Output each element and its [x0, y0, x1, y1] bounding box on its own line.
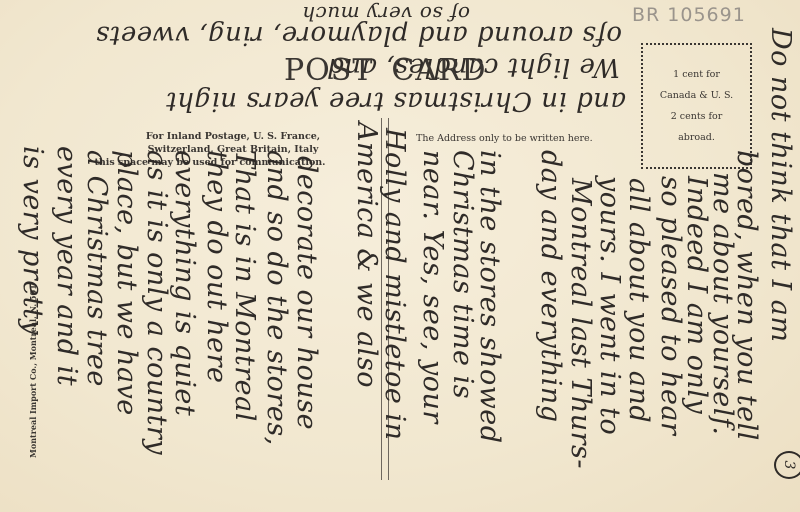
postcard-title: POSTCARD: [284, 53, 487, 88]
handwriting-vertical-line: That is in Montreal: [229, 150, 260, 422]
title-word-post: POST: [284, 53, 373, 88]
handwriting-vertical-line: and so do the stores,: [261, 150, 292, 446]
handwriting-vertical-line: place, but we have: [111, 150, 142, 416]
inland-line: For Inland Postage, U. S. France,: [100, 130, 366, 143]
title-word-card: CARD: [391, 53, 486, 88]
address-note: The Address only to be written here.: [416, 133, 593, 144]
page-number-badge: 3: [774, 451, 800, 479]
handwriting-vertical-line: they do out here: [201, 150, 232, 384]
handwriting-vertical-line: all about you and: [623, 178, 654, 423]
handwriting-vertical-line: is very pretty: [17, 146, 48, 335]
handwriting-vertical-line: Do not think that I am: [765, 28, 796, 343]
stamp-line: abroad.: [678, 127, 715, 148]
handwriting-vertical-line: yours. I went in to: [594, 176, 625, 435]
page-number: 3: [781, 461, 797, 470]
postcard-back: BR 105691 of so very much ofs around and…: [0, 0, 800, 512]
handwriting-upside-line: and in Christmas tree years night: [166, 86, 626, 116]
handwriting-vertical-line: in the stores showed: [474, 150, 505, 444]
handwriting-upside-line: ofs around and playmore, ring, vweets: [96, 20, 623, 50]
handwriting-vertical-line: Montreal last Thurs-: [565, 178, 596, 469]
handwriting-vertical-line: as it is only a country: [141, 150, 172, 455]
handwriting-vertical-line: near. Yes, see, your: [417, 150, 448, 424]
handwriting-vertical-line: everything is quiet: [169, 150, 200, 416]
handwriting-vertical-line: so pleased to hear: [655, 176, 686, 435]
stamp-line: Canada & U. S.: [660, 85, 733, 106]
handwriting-vertical-line: decorate our house: [291, 156, 322, 430]
handwriting-vertical-line: Holly and mistletoe in: [379, 128, 410, 441]
handwriting-vertical-line: America & we also: [351, 122, 382, 388]
handwriting-vertical-line: day and everything: [535, 150, 566, 423]
stamp-line: 1 cent for: [673, 64, 720, 85]
handwriting-vertical-line: Christmas time is: [447, 150, 478, 399]
archive-number: BR 105691: [632, 4, 746, 26]
handwriting-vertical-line: every year and it: [51, 146, 82, 386]
stamp-line: 2 cents for: [671, 106, 723, 127]
handwriting-vertical-line: a Christmas tree: [81, 150, 112, 387]
